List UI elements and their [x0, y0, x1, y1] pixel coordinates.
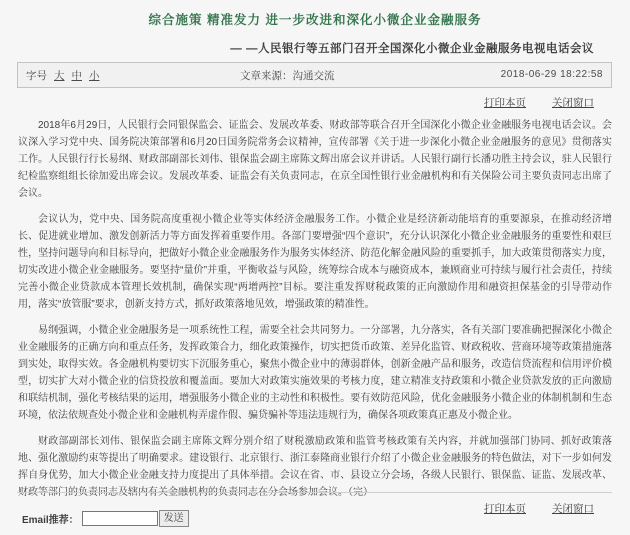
paragraph: 易纲强调，小微企业金融服务是一项系统性工程，需要全社会共同努力。一分部署，九分落… [18, 322, 612, 424]
article-meta-bar: 字号 大 中 小 文章来源：沟通交流 2018-06-29 18:22:58 [17, 62, 612, 88]
page-title: 综合施策 精准发力 进一步改进和深化小微企业金融服务 [0, 10, 630, 28]
paragraph: 财政部副部长刘伟、银保监会副主席陈文辉分别介绍了财税激励政策和监管考核政策有关内… [18, 433, 612, 501]
font-size-controls: 字号 大 中 小 [26, 68, 100, 83]
close-window-link[interactable]: 关闭窗口 [552, 95, 594, 110]
article-body: 2018年6月29日，人民银行会同银保监会、证监会、发展改革委、财政部等联合召开… [18, 117, 612, 510]
article-subtitle: — —人民银行等五部门召开全国深化小微企业金融服务电视电话会议 [230, 40, 594, 56]
article-source: 文章来源：沟通交流 [240, 68, 335, 83]
email-recommend-label: Email推荐： [22, 511, 79, 526]
article-source-value: 沟通交流 [293, 70, 335, 82]
article-datetime: 2018-06-29 18:22:58 [501, 69, 603, 80]
footer-divider [17, 492, 612, 493]
close-window-link-bottom[interactable]: 关闭窗口 [552, 501, 594, 516]
font-size-medium-link[interactable]: 中 [72, 68, 83, 83]
top-action-links: 打印本页 关闭窗口 [484, 95, 594, 110]
email-recommend-form: Email推荐： 发送 [22, 510, 189, 527]
print-page-link[interactable]: 打印本页 [484, 95, 526, 110]
bottom-action-links: 打印本页 关闭窗口 [484, 501, 594, 516]
paragraph: 会议认为，党中央、国务院高度重视小微企业等实体经济金融服务工作。小微企业是经济新… [18, 211, 612, 313]
paragraph: 2018年6月29日，人民银行会同银保监会、证监会、发展改革委、财政部等联合召开… [18, 117, 612, 202]
font-size-small-link[interactable]: 小 [89, 68, 100, 83]
send-button[interactable]: 发送 [159, 510, 189, 527]
print-page-link-bottom[interactable]: 打印本页 [484, 501, 526, 516]
article-source-label: 文章来源： [240, 70, 293, 82]
email-input[interactable] [82, 511, 158, 526]
font-size-large-link[interactable]: 大 [54, 68, 65, 83]
font-size-label: 字号 [26, 68, 47, 83]
